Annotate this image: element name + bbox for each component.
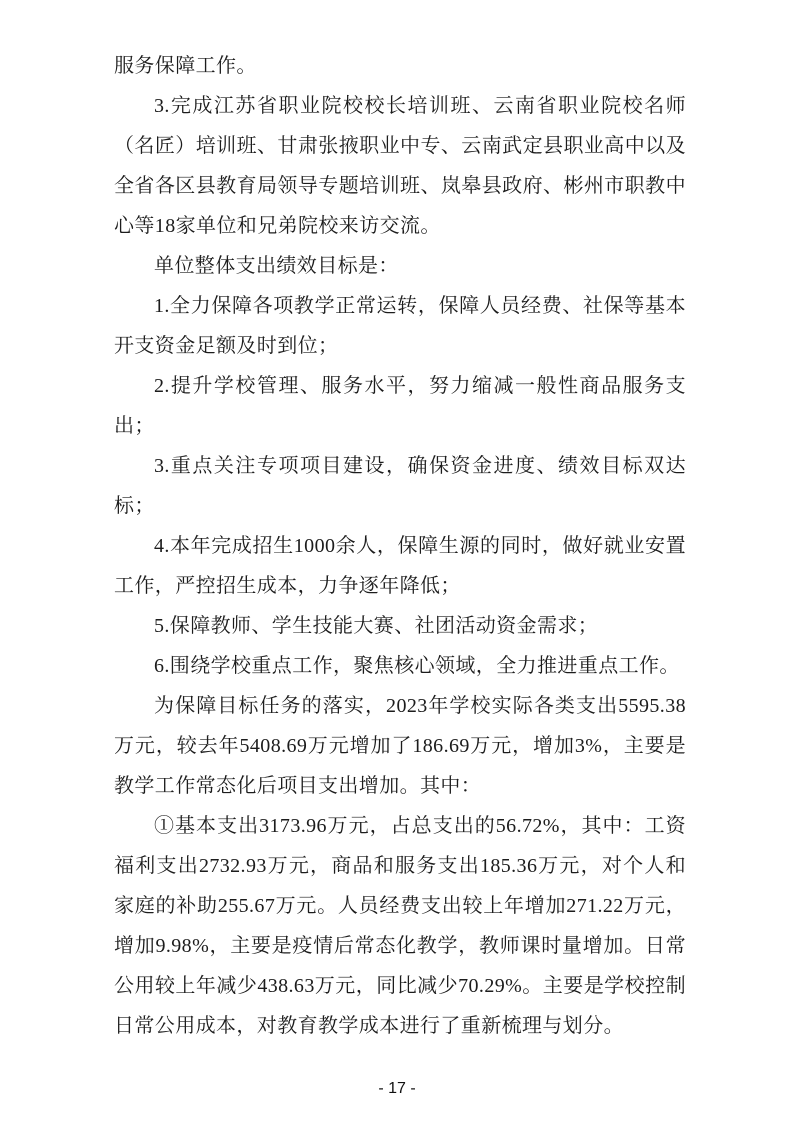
- document-page: 服务保障工作。3.完成江苏省职业院校校长培训班、云南省职业院校名师（名匠）培训班…: [0, 0, 794, 1123]
- paragraph-7: 4.本年完成招生1000余人，保障生源的同时，做好就业安置工作，严控招生成本，力…: [114, 526, 686, 606]
- paragraph-6: 3.重点关注专项项目建设，确保资金进度、绩效目标双达标；: [114, 446, 686, 526]
- paragraph-2: 3.完成江苏省职业院校校长培训班、云南省职业院校名师（名匠）培训班、甘肃张掖职业…: [114, 86, 686, 246]
- paragraph-1: 服务保障工作。: [114, 46, 686, 86]
- paragraph-5: 2.提升学校管理、服务水平，努力缩减一般性商品服务支出；: [114, 366, 686, 446]
- paragraph-3: 单位整体支出绩效目标是：: [114, 246, 686, 286]
- document-body: 服务保障工作。3.完成江苏省职业院校校长培训班、云南省职业院校名师（名匠）培训班…: [114, 46, 686, 1046]
- page-footer: - 17 -: [0, 1080, 794, 1098]
- paragraph-9: 6.围绕学校重点工作，聚焦核心领域，全力推进重点工作。: [114, 646, 686, 686]
- paragraph-11: ①基本支出3173.96万元，占总支出的56.72%，其中：工资福利支出2732…: [114, 806, 686, 1046]
- paragraph-10: 为保障目标任务的落实，2023年学校实际各类支出5595.38万元，较去年540…: [114, 686, 686, 806]
- paragraph-4: 1.全力保障各项教学正常运转，保障人员经费、社保等基本开支资金足额及时到位；: [114, 286, 686, 366]
- page-number: - 17 -: [378, 1080, 415, 1097]
- paragraph-8: 5.保障教师、学生技能大赛、社团活动资金需求；: [114, 606, 686, 646]
